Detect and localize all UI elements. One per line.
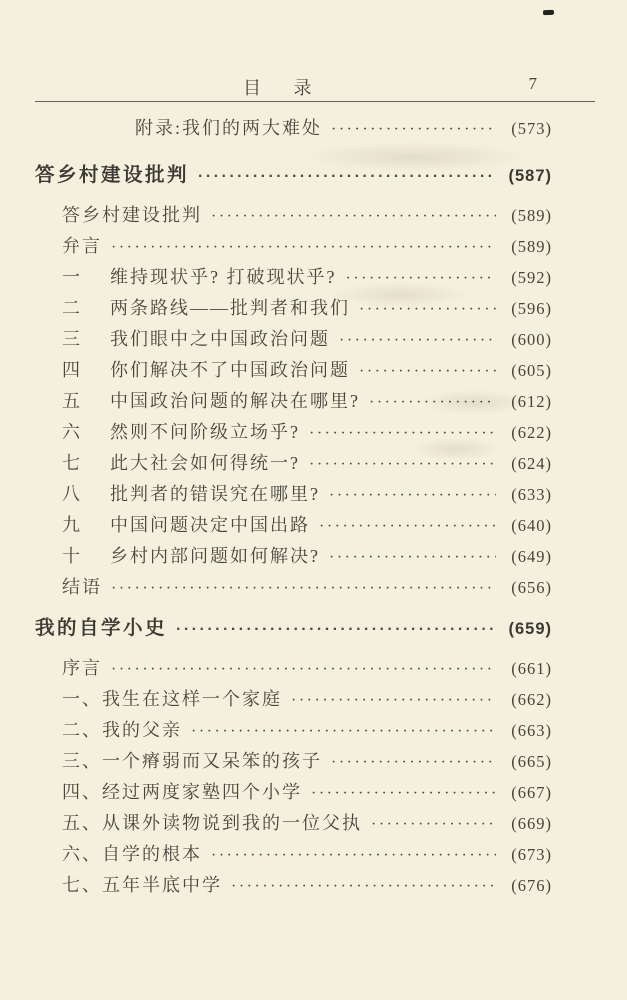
toc-entry: 一 维持现状乎? 打破现状乎? ························…	[35, 262, 552, 293]
leader-dots: ········································…	[359, 294, 496, 325]
entry-title: 序言	[62, 653, 102, 684]
running-head: 目 录 7	[35, 70, 595, 102]
toc-section-heading: 我的自学小史 ·································…	[35, 611, 552, 645]
entry-title: 然则不问阶级立场乎?	[110, 417, 300, 448]
leader-dots: ········································…	[329, 480, 496, 511]
leader-dots: ········································…	[176, 613, 496, 647]
entry-title: 四、经过两度家塾四个小学	[62, 777, 302, 808]
entry-title: 附录:我们的两大难处	[135, 113, 322, 144]
entry-page: (605)	[502, 355, 552, 386]
toc-entry: 二、我的父亲 ·································…	[35, 715, 552, 746]
entry-page: (656)	[502, 572, 552, 603]
leader-dots: ········································…	[198, 160, 496, 194]
entry-title: 三、一个瘠弱而又呆笨的孩子	[62, 746, 322, 777]
leader-dots: ········································…	[291, 685, 496, 716]
entry-page: (587)	[502, 159, 552, 193]
leader-dots: ········································…	[211, 201, 496, 232]
entry-title: 中国政治问题的解决在哪里?	[110, 386, 360, 417]
entry-title: 我们眼中之中国政治问题	[110, 324, 330, 355]
entry-title: 此大社会如何得统一?	[110, 448, 300, 479]
entry-title: 两条路线——批判者和我们	[110, 293, 350, 324]
entry-title: 二、我的父亲	[62, 715, 182, 746]
toc-entry: 三 我们眼中之中国政治问题 ··························…	[35, 324, 552, 355]
leader-dots: ········································…	[231, 871, 496, 902]
toc-entry: 七、五年半底中学 ·······························…	[35, 870, 552, 901]
toc-entry: 六、自学的根本 ································…	[35, 839, 552, 870]
entry-page: (676)	[502, 870, 552, 901]
entry-number: 五	[62, 386, 110, 417]
entry-title: 你们解决不了中国政治问题	[110, 355, 350, 386]
entry-number: 二	[62, 293, 110, 324]
leader-dots: ········································…	[339, 325, 496, 356]
leader-dots: ········································…	[369, 387, 496, 418]
entry-number: 七	[62, 448, 110, 479]
toc-entry: 附录:我们的两大难处 ·····························…	[35, 113, 552, 144]
leader-dots: ········································…	[371, 809, 496, 840]
toc-entry: 八 批判者的错误究在哪里? ··························…	[35, 479, 552, 510]
entry-page: (665)	[502, 746, 552, 777]
folio-page-number: 7	[529, 74, 538, 94]
entry-title: 一、我生在这样一个家庭	[62, 684, 282, 715]
leader-dots: ········································…	[309, 449, 496, 480]
entry-page: (612)	[502, 386, 552, 417]
toc-entry: 十 乡村内部问题如何解决? ··························…	[35, 541, 552, 572]
toc-entry: 一、我生在这样一个家庭 ····························…	[35, 684, 552, 715]
entry-page: (662)	[502, 684, 552, 715]
leader-dots: ········································…	[111, 232, 496, 263]
toc-entry: 结语 ·····································…	[35, 572, 552, 603]
toc-entry: 六 然则不问阶级立场乎? ···························…	[35, 417, 552, 448]
toc-entry: 四、经过两度家塾四个小学 ···························…	[35, 777, 552, 808]
leader-dots: ········································…	[331, 114, 496, 145]
leader-dots: ········································…	[329, 542, 496, 573]
toc-entry: 弁言 ·····································…	[35, 231, 552, 262]
entry-number: 三	[62, 324, 110, 355]
entry-page: (592)	[502, 262, 552, 293]
leader-dots: ········································…	[191, 716, 496, 747]
entry-title: 七、五年半底中学	[62, 870, 222, 901]
toc-entry: 九 中国问题决定中国出路 ···························…	[35, 510, 552, 541]
toc-entry: 五 中国政治问题的解决在哪里? ························…	[35, 386, 552, 417]
entry-title: 批判者的错误究在哪里?	[110, 479, 320, 510]
entry-page: (573)	[502, 113, 552, 144]
entry-number: 八	[62, 479, 110, 510]
entry-number: 九	[62, 510, 110, 541]
entry-title: 乡村内部问题如何解决?	[110, 541, 320, 572]
entry-page: (667)	[502, 777, 552, 808]
toc-entry: 五、从课外读物说到我的一位父执 ························…	[35, 808, 552, 839]
entry-page: (622)	[502, 417, 552, 448]
book-page: 目 录 7 附录:我们的两大难处 ·······················…	[0, 0, 627, 1000]
toc-entry: 序言 ·····································…	[35, 653, 552, 684]
toc-entry: 三、一个瘠弱而又呆笨的孩子 ··························…	[35, 746, 552, 777]
entry-page: (663)	[502, 715, 552, 746]
entry-page: (589)	[502, 200, 552, 231]
toc-entry: 四 你们解决不了中国政治问题 ·························…	[35, 355, 552, 386]
entry-title: 维持现状乎? 打破现状乎?	[110, 262, 336, 293]
leader-dots: ········································…	[345, 263, 496, 294]
leader-dots: ········································…	[111, 654, 496, 685]
leader-dots: ········································…	[311, 778, 496, 809]
entry-page: (649)	[502, 541, 552, 572]
entry-title: 弁言	[62, 231, 102, 262]
entry-page: (589)	[502, 231, 552, 262]
entry-page: (633)	[502, 479, 552, 510]
entry-title: 结语	[62, 572, 102, 603]
leader-dots: ········································…	[319, 511, 496, 542]
entry-number: 一	[62, 262, 110, 293]
leader-dots: ········································…	[211, 840, 496, 871]
entry-page: (669)	[502, 808, 552, 839]
toc-entry: 七 此大社会如何得统一? ···························…	[35, 448, 552, 479]
entry-number: 六	[62, 417, 110, 448]
entry-title: 答乡村建设批判	[35, 158, 189, 192]
toc-entry: 二 两条路线——批判者和我们 ·························…	[35, 293, 552, 324]
ink-smudge	[543, 10, 554, 15]
leader-dots: ········································…	[309, 418, 496, 449]
entry-page: (596)	[502, 293, 552, 324]
entry-title: 六、自学的根本	[62, 839, 202, 870]
entry-page: (661)	[502, 653, 552, 684]
leader-dots: ········································…	[331, 747, 496, 778]
entry-title: 五、从课外读物说到我的一位父执	[62, 808, 362, 839]
entry-number: 四	[62, 355, 110, 386]
entry-number: 十	[62, 541, 110, 572]
entry-page: (600)	[502, 324, 552, 355]
page-title: 目 录	[243, 74, 326, 100]
leader-dots: ········································…	[111, 573, 496, 604]
entry-page: (624)	[502, 448, 552, 479]
entry-page: (673)	[502, 839, 552, 870]
toc-list: 附录:我们的两大难处 ·····························…	[35, 101, 552, 901]
entry-title: 答乡村建设批判	[62, 200, 202, 231]
entry-title: 我的自学小史	[35, 611, 167, 645]
entry-page: (659)	[502, 612, 552, 646]
toc-section-heading: 答乡村建设批判 ································…	[35, 158, 552, 192]
toc-entry: 答乡村建设批判 ································…	[35, 200, 552, 231]
entry-title: 中国问题决定中国出路	[110, 510, 310, 541]
entry-page: (640)	[502, 510, 552, 541]
leader-dots: ········································…	[359, 356, 496, 387]
